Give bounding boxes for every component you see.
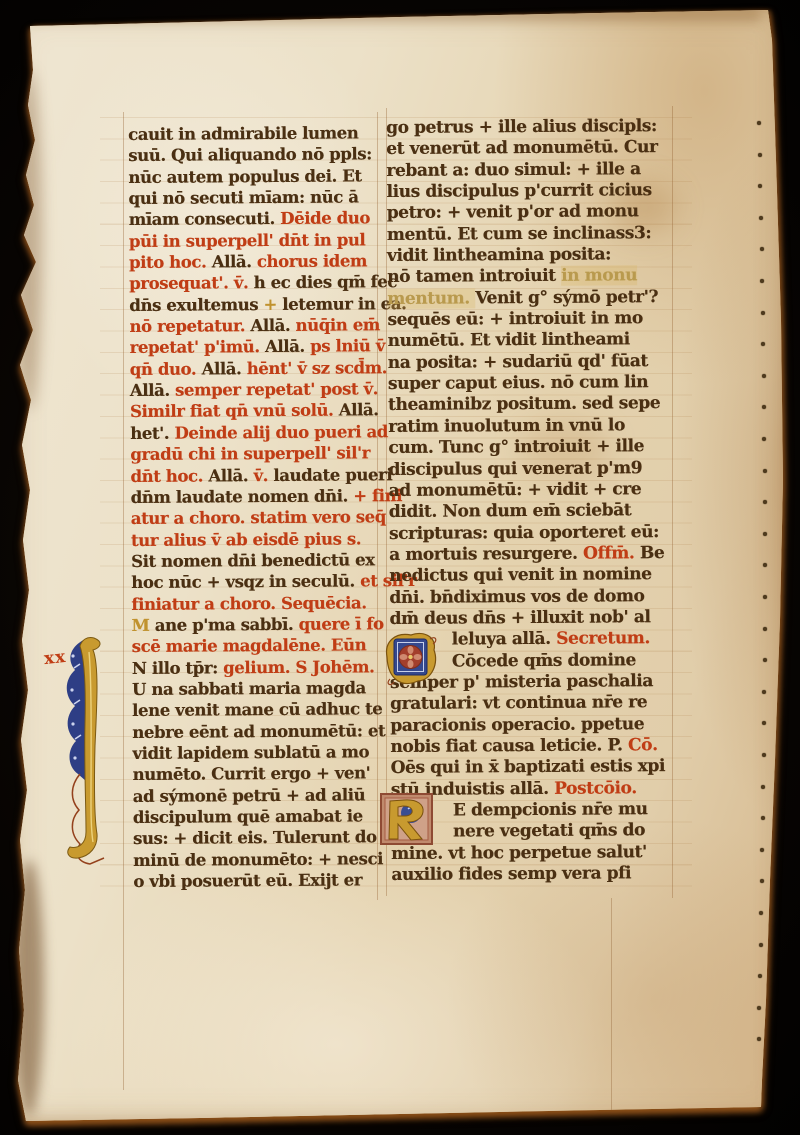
- text-segment: tur alius v̄ ab eisdē pius s.: [131, 529, 361, 550]
- text-segment: Similr fiat qn̄ vnū solū.: [130, 401, 339, 421]
- text-segment: repetat' p'imū.: [129, 337, 264, 357]
- text-segment: hoc nūc + vsqz in seculū.: [131, 572, 360, 593]
- text-line: theaminibz positum. sed sepe: [388, 393, 680, 416]
- leaf-shadow-wrap: xx cauit in admirabile lumensuū. Qui ali…: [0, 0, 800, 1135]
- text-segment: ad monumētū: + vidit + cre: [389, 479, 642, 501]
- text-line: petro: + venit p'or ad monu: [387, 201, 679, 224]
- text-segment: didit. Non dum em̄ sciebāt: [389, 500, 632, 522]
- prick-mark: [761, 311, 765, 315]
- text-line: prosequat'. v̄. h ec dies qm̄ fec: [129, 272, 381, 295]
- text-segment: sequēs eū: + introiuit in mo: [387, 308, 642, 330]
- text-segment: theaminibz positum. sed sepe: [388, 394, 660, 416]
- text-line: qn̄ duo. Allā. hēnt' v̄ sz scd̄m.: [130, 357, 382, 380]
- text-line: nō tamen introiuit in monu: [387, 265, 679, 288]
- text-line: qui nō secuti mīam: nūc ā: [128, 186, 380, 209]
- text-line: nobis fiat causa leticie. P. Cō.: [390, 735, 682, 758]
- text-column-left: cauit in admirabile lumensuū. Qui aliqua…: [128, 122, 385, 892]
- text-segment: chorus idem: [257, 251, 367, 271]
- text-segment: nūq̄in em̄: [295, 315, 379, 335]
- text-line: M ane p'ma sabbī. quere ī fo: [131, 613, 383, 636]
- text-segment: quere ī fo: [298, 614, 383, 634]
- photograph-background: xx cauit in admirabile lumensuū. Qui ali…: [0, 0, 800, 1135]
- text-line: discipulus qui venerat p'm9: [388, 457, 680, 480]
- text-line: dn̄m laudate nomen dn̄i. + fini: [131, 485, 383, 508]
- text-line: auxilio fides semp vera pfi: [391, 863, 683, 886]
- text-segment: M: [131, 616, 154, 635]
- text-segment: gratulari: vt continua nr̄e re: [390, 692, 647, 714]
- text-line: scē marie magdalēne. Eūn: [132, 634, 384, 657]
- text-line: atur a choro. statim vero seq̄: [131, 506, 383, 529]
- text-segment: Allā.: [208, 466, 253, 485]
- text-segment: Sit nomen dn̄i benedictū ex: [131, 550, 375, 571]
- prick-mark: [759, 911, 763, 915]
- text-line: gratulari: vt continua nr̄e re: [390, 692, 682, 715]
- text-segment: Oēs qui in x̄ baptizati estis xpi: [390, 756, 665, 778]
- text-segment: v̄.: [253, 465, 273, 484]
- text-segment: scripturas: quia oporteret eū:: [389, 522, 659, 544]
- text-line: U na sabbati maria magda: [132, 677, 384, 700]
- text-line: nebre eēnt ad monumētū: et: [132, 720, 384, 743]
- text-segment: o vbi posuerūt eū. Exijt er: [133, 870, 362, 891]
- text-segment: Secretum.: [556, 628, 650, 649]
- prick-mark: [762, 690, 766, 694]
- text-segment: petro: + venit p'or ad monu: [387, 202, 639, 224]
- text-segment: suū. Qui aliquando nō ppls:: [128, 145, 372, 166]
- text-segment: Cōcede qm̄s domine: [452, 650, 636, 671]
- text-segment: dm̄ deus dn̄s + illuxit nob' al: [389, 607, 650, 629]
- text-segment: discipulum quē amabat ie: [133, 806, 363, 827]
- prick-mark: [763, 595, 767, 599]
- text-segment: Allā.: [250, 316, 295, 335]
- text-line: E dempcionis nr̄e mu: [391, 799, 683, 822]
- text-segment: sus: + dicit eis. Tulerunt do: [133, 828, 377, 849]
- text-line: sequēs eū: + introiuit in mo: [387, 308, 679, 331]
- text-segment: ps lniū v̄: [310, 337, 385, 357]
- prick-mark: [759, 216, 763, 220]
- text-segment: nūc autem populus dei. Et: [128, 166, 361, 187]
- text-segment: pūi in superpell' dn̄t in pul: [129, 230, 366, 251]
- text-line: hoc nūc + vsqz in seculū. et sil'r: [131, 570, 383, 593]
- prick-mark: [762, 437, 766, 441]
- text-segment: mentum.: [387, 288, 475, 309]
- text-line: scripturas: quia oporteret eū:: [389, 521, 681, 544]
- prick-mark: [761, 785, 765, 789]
- parchment-crease: [611, 898, 612, 1112]
- text-segment: ane p'ma sabbī.: [155, 615, 299, 635]
- text-segment: nebre eēnt ad monumētū: et: [132, 721, 385, 742]
- text-segment: gelium. S Johēm.: [223, 657, 374, 677]
- text-line: ad monumētū: + vidit + cre: [389, 479, 681, 502]
- text-segment: E dempcionis nr̄e mu: [453, 799, 648, 820]
- text-segment: nedictus qui venit in nomine: [389, 564, 651, 586]
- text-line: rebant a: duo simul: + ille a: [386, 159, 678, 182]
- text-segment: Dēide duo: [280, 209, 370, 229]
- text-line: cum. Tunc g° introiuit + ille: [388, 436, 680, 459]
- text-segment: Postcōio.: [554, 778, 637, 799]
- text-segment: rebant a: duo simul: + ille a: [386, 159, 640, 181]
- text-line: vidit lintheamina posita:: [387, 244, 679, 267]
- text-segment: Be: [640, 543, 665, 563]
- text-column-right: go petrus + ille alius discipls:et vener…: [386, 116, 683, 886]
- prick-mark: [760, 279, 764, 283]
- text-segment: mīam consecuti.: [129, 209, 281, 229]
- text-line: super caput eius. nō cum lin: [388, 372, 680, 395]
- text-segment: mentū. Et cum se inclinass3:: [387, 223, 652, 245]
- text-line: nere vegetati qm̄s do: [391, 820, 683, 843]
- text-segment: hēnt' v̄ sz scd̄m.: [247, 358, 387, 378]
- text-segment: go petrus + ille alius discipls:: [386, 116, 657, 138]
- text-line: Cōcede qm̄s domine: [390, 650, 682, 673]
- text-line: o vbi posuerūt eū. Exijt er: [133, 869, 385, 892]
- text-line: minū de monumēto: + nesci: [133, 848, 385, 871]
- text-line: nō repetatur. Allā. nūq̄in em̄: [129, 314, 381, 337]
- text-segment: Allā.: [265, 337, 310, 356]
- text-line: lene venit mane cū adhuc te: [132, 699, 384, 722]
- text-line: pito hoc. Allā. chorus idem: [129, 250, 381, 273]
- prick-mark: [762, 374, 766, 378]
- text-line: sus: + dicit eis. Tulerunt do: [133, 827, 385, 850]
- prick-mark: [758, 153, 762, 157]
- prick-mark: [757, 121, 761, 125]
- text-segment: dn̄t hoc.: [130, 466, 208, 486]
- ruling-vertical-line: [123, 112, 124, 1090]
- text-segment: discipulus qui venerat p'm9: [388, 458, 642, 480]
- text-segment: auxilio fides semp vera pfi: [391, 863, 631, 885]
- text-line: dn̄s exultemus + letemur in ea.: [129, 293, 381, 316]
- text-line: lius discipulus p'currit cicius: [386, 180, 678, 203]
- prick-mark: [759, 943, 763, 947]
- text-segment: dn̄m laudate nomen dn̄i.: [131, 486, 354, 507]
- manuscript-leaf: xx cauit in admirabile lumensuū. Qui ali…: [0, 0, 800, 1135]
- text-line: Similr fiat qn̄ vnū solū. Allā.: [130, 400, 382, 423]
- text-line: na posita: + sudariū qd' fūat: [388, 351, 680, 374]
- text-segment: cauit in admirabile lumen: [128, 123, 358, 144]
- text-line: gradū chi in superpell' sil'r: [130, 442, 382, 465]
- text-segment: scē marie magdalēne. Eūn: [132, 636, 367, 657]
- text-line: mine. vt hoc perpetue salut': [391, 842, 683, 865]
- text-segment: Cō.: [628, 735, 658, 755]
- text-segment: +: [263, 295, 277, 314]
- text-segment: pito hoc.: [129, 252, 212, 272]
- text-segment: dn̄i. bn̄diximus vos de domo: [389, 586, 644, 608]
- text-segment: qn̄ duo.: [130, 359, 202, 379]
- text-line: leluya allā. Secretum.: [390, 628, 682, 651]
- text-line: N illo tp̄r: gelium. S Johēm.: [132, 656, 384, 679]
- gutter-edge-darkening: [14, 860, 44, 1116]
- text-segment: prosequat'. v̄.: [129, 274, 254, 294]
- prick-mark: [762, 753, 766, 757]
- text-line: dm̄ deus dn̄s + illuxit nob' al: [389, 607, 681, 630]
- prick-mark: [763, 627, 767, 631]
- text-line: nūc autem populus dei. Et: [128, 165, 380, 188]
- text-segment: laudate pueri: [273, 465, 392, 485]
- text-line: et venerūt ad monumētū. Cur: [386, 137, 678, 160]
- text-segment: atur a choro. statim vero seq̄: [131, 507, 386, 528]
- text-segment: qui nō secuti mīam: nūc ā: [128, 187, 358, 208]
- gutter-edge-darkening: [16, 70, 42, 410]
- text-segment: et venerūt ad monumētū. Cur: [386, 137, 657, 159]
- text-line: Allā. semper repetat' post v̄.: [130, 378, 382, 401]
- text-segment: semper p' misteria paschalia: [390, 671, 653, 693]
- prick-mark: [763, 532, 767, 536]
- text-line: paracionis operacio. ppetue: [390, 714, 682, 737]
- text-segment: a mortuis resurgere.: [389, 544, 583, 565]
- text-segment: cum. Tunc g° introiuit + ille: [388, 436, 644, 458]
- text-line: semper p' misteria paschalia: [390, 671, 682, 694]
- text-segment: nō tamen introiuit: [387, 266, 561, 287]
- text-line: nedictus qui venit in nomine: [389, 564, 681, 587]
- text-line: tur alius v̄ ab eisdē pius s.: [131, 528, 383, 551]
- text-segment: N illo tp̄r:: [132, 658, 223, 678]
- text-segment: vidit lapidem sublatū a mo: [132, 742, 369, 763]
- text-segment: na posita: + sudariū qd' fūat: [388, 351, 648, 373]
- text-line: dn̄t hoc. Allā. v̄. laudate pueri: [130, 464, 382, 487]
- text-segment: Allā.: [201, 359, 246, 378]
- text-line: didit. Non dum em̄ sciebāt: [389, 500, 681, 523]
- text-line: mentum. Venit g° sýmō petr'?: [387, 287, 679, 310]
- text-line: discipulum quē amabat ie: [133, 805, 385, 828]
- text-line: suū. Qui aliquando nō ppls:: [128, 144, 380, 167]
- text-line: mentū. Et cum se inclinass3:: [387, 223, 679, 246]
- text-line: numēto. Currit ergo + ven': [132, 763, 384, 786]
- text-segment: het'.: [130, 423, 174, 442]
- text-segment: mine. vt hoc perpetue salut': [391, 842, 647, 864]
- prick-mark: [760, 848, 764, 852]
- text-line: ad sýmonē petrū + ad aliū: [133, 784, 385, 807]
- text-line: vidit lapidem sublatū a mo: [132, 741, 384, 764]
- text-segment: stū induistis allā.: [391, 778, 555, 799]
- text-line: repetat' p'imū. Allā. ps lniū v̄: [129, 336, 381, 359]
- text-segment: minū de monumēto: + nesci: [133, 849, 383, 870]
- text-line: pūi in superpell' dn̄t in pul: [129, 229, 381, 252]
- margin-quire-mark: xx: [43, 647, 67, 669]
- text-segment: super caput eius. nō cum lin: [388, 372, 648, 394]
- text-segment: h ec dies qm̄ fec: [254, 273, 397, 293]
- text-segment: leluya allā.: [452, 629, 557, 650]
- text-segment: lene venit mane cū adhuc te: [132, 700, 382, 721]
- text-segment: lius discipulus p'currit cicius: [386, 180, 651, 202]
- text-segment: numētū. Et vidit lintheami: [387, 330, 629, 352]
- prick-mark: [757, 1006, 761, 1010]
- text-segment: nō repetatur.: [129, 316, 250, 336]
- prick-mark: [763, 469, 767, 473]
- text-segment: gradū chi in superpell' sil'r: [130, 443, 370, 464]
- text-segment: Allā.: [339, 401, 379, 420]
- text-line: numētū. Et vidit lintheami: [387, 329, 679, 352]
- text-line: ratim inuolutum in vnū lo: [388, 415, 680, 438]
- text-segment: U na sabbati maria magda: [132, 678, 366, 699]
- text-segment: in monu: [561, 266, 637, 287]
- top-edge-darkening: [30, 8, 760, 22]
- text-segment: paracionis operacio. ppetue: [390, 714, 644, 736]
- text-segment: nobis fiat causa leticie. P.: [390, 735, 628, 757]
- text-segment: semper repetat' post v̄.: [175, 379, 378, 399]
- text-segment: finiatur a choro. Sequēcia.: [131, 593, 366, 614]
- text-line: a mortuis resurgere. Offm̄. Be: [389, 543, 681, 566]
- text-line: Oēs qui in x̄ baptizati estis xpi: [390, 756, 682, 779]
- text-line: stū induistis allā. Postcōio.: [391, 778, 683, 801]
- text-segment: Deinde alij duo pueri ad: [174, 422, 388, 442]
- text-segment: ad sýmonē petrū + ad aliū: [133, 785, 366, 806]
- text-line: het'. Deinde alij duo pueri ad: [130, 421, 382, 444]
- text-segment: nere vegetati qm̄s do: [453, 821, 645, 842]
- text-line: dn̄i. bn̄diximus vos de domo: [389, 586, 681, 609]
- text-segment: ratim inuolutum in vnū lo: [388, 415, 625, 437]
- text-segment: Venit g° sýmō petr'?: [475, 287, 658, 308]
- text-segment: Allā.: [130, 381, 175, 400]
- text-line: go petrus + ille alius discipls:: [386, 116, 678, 139]
- text-segment: Allā.: [212, 252, 257, 271]
- text-line: cauit in admirabile lumen: [128, 122, 380, 145]
- illuminated-initial-i: [60, 634, 118, 868]
- text-line: Sit nomen dn̄i benedictū ex: [131, 549, 383, 572]
- text-segment: dn̄s exultemus: [129, 295, 263, 315]
- text-segment: vidit lintheamina posita:: [387, 244, 611, 266]
- text-segment: Offm̄.: [583, 543, 640, 563]
- text-line: finiatur a choro. Sequēcia.: [131, 592, 383, 615]
- text-segment: numēto. Currit ergo + ven': [132, 764, 370, 785]
- text-line: mīam consecuti. Dēide duo: [129, 208, 381, 231]
